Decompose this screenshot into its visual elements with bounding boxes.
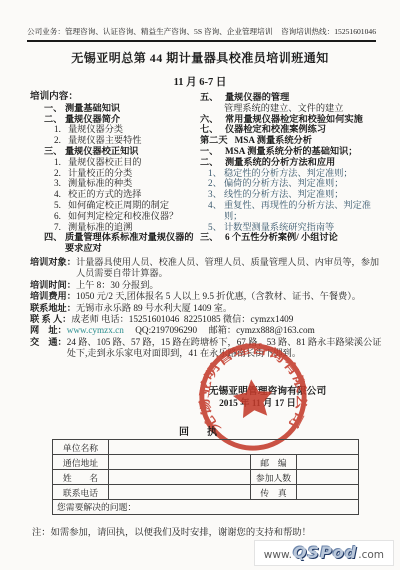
item-number: 2. [54, 168, 68, 179]
signature-date: 2015 年 11 月 17 日 [170, 398, 345, 411]
syllabus-item: 2.计量校正的分类 [54, 168, 200, 179]
reply-field-label: 联系电话 [53, 485, 109, 500]
info-row: 联系地址：无锡市永乐路 89 号水利大厦 1409 室。 [30, 303, 388, 314]
item-text: 线性的分析方法、判定准则； [224, 189, 343, 200]
watermark-suffix: .com [358, 549, 384, 561]
item-number: 二、 [44, 114, 65, 125]
info-row: 网 址：www.cymzx.cn QQ:2197096290 邮箱：cymzx8… [30, 325, 388, 336]
info-row: 交 通：24 路、105 路、57 路，15 路在跨塘桥下，67 路、53 路、… [30, 337, 388, 360]
info-label: 联 系 人： [30, 314, 71, 325]
item-text: 计量校正的分类 [68, 168, 132, 179]
info-row: 培训费用：1050 元/2 天,团体报名 5 人以上 9.5 折优惠,（含教材、… [30, 291, 388, 302]
info-row: 培训对象：计量器具使用人员、校准人员、管理人员、质量管理人员、内审员等，参加人员… [30, 257, 388, 280]
item-text: MSA 测量系统分析 [235, 135, 312, 146]
info-value: 无锡市永乐路 89 号水利大厦 1409 室。 [76, 303, 232, 314]
info-value: 上午 8：30 分报到。 [76, 280, 159, 291]
syllabus-item: 7.测量标准的追溯 [54, 222, 200, 233]
syllabus-item: 一、测量基础知识 [44, 103, 200, 114]
item-text: 稳定性的分析方法、判定准则； [224, 168, 353, 179]
table-row: 联系电话传 真 [53, 485, 359, 500]
watermark-brand: QSPod [293, 543, 357, 562]
reply-field-blank [109, 485, 251, 500]
item-text: 量规仪器主要特性 [68, 135, 142, 146]
info-value: 1050 元/2 天,团体报名 5 人以上 9.5 折优惠,（含教材、证书、午餐… [76, 291, 361, 302]
item-text: 量规仪器校正目的 [68, 157, 142, 168]
item-text: 仪器检定和校准案例练习 [225, 124, 326, 135]
item-number: 七、 [200, 124, 225, 135]
item-text: 重复性、再现性的分析方法、判定准则； [224, 200, 386, 222]
item-number: 1、 [208, 168, 224, 179]
reply-field-blank [109, 470, 251, 485]
reply-field-label: 单位名称 [53, 440, 109, 455]
item-number: 第二天 [200, 135, 228, 146]
info-row: 培训时间：上午 8：30 分报到。 [30, 280, 388, 291]
syllabus-item: 3.测量标准的种类 [54, 178, 200, 189]
item-number: 一、 [44, 103, 65, 114]
info-label: 培训费用： [30, 291, 76, 302]
item-number: 二、 [200, 157, 225, 168]
reply-field-blank [297, 455, 359, 470]
info-value: 24 路、105 路、57 路，15 路在跨塘桥下，67 路、53 路、81 路… [67, 337, 388, 360]
item-number: 3、 [208, 189, 224, 200]
item-text: 测量标准的追溯 [68, 222, 132, 233]
item-text: 测量标准的种类 [68, 178, 132, 189]
item-text: 计数型测量系统研究指南等 [224, 222, 334, 233]
syllabus-item: 2.量规仪器主要特性 [54, 135, 200, 146]
info-section: 培训对象：计量器具使用人员、校准人员、管理人员、质量管理人员、内审员等，参加人员… [30, 257, 388, 360]
syllabus: 培训内容： 一、测量基础知识二、量规仪器简介1.量规仪器分类2.量规仪器主要特性… [30, 92, 388, 254]
item-text: 管理系统的建立、文件的建立 [224, 103, 343, 114]
info-value: 成老师 电话：15251601046 82251085 微信：cymzx1409 [71, 314, 293, 325]
reply-field-blank [297, 470, 359, 485]
item-number: 一、 [200, 146, 225, 157]
item-text: 量规仪器的管理 [225, 92, 289, 103]
reply-field-blank [297, 485, 359, 500]
item-number: 三、 [200, 232, 225, 243]
reply-field-blank [109, 440, 359, 455]
table-row: 单位名称 [53, 440, 359, 455]
item-text: 常用量规仪器检定和校验如何实施 [225, 114, 363, 125]
watermark-logo: www. QSPod .com [254, 540, 394, 566]
syllabus-item: 1.量规仪器校正目的 [54, 157, 200, 168]
syllabus-item: 二、测量系统的分析方法和应用 [200, 157, 386, 168]
item-number: 6. [54, 211, 68, 222]
watermark-prefix: www. [264, 549, 292, 561]
signature-block: 无锡亚明管理咨询有限公司 2015 年 11 月 17 日 [180, 385, 355, 411]
reply-field-label: 传 真 [251, 485, 297, 500]
syllabus-item: 4、重复性、再现性的分析方法、判定准则； [208, 200, 386, 222]
reply-field-label: 邮 编 [251, 455, 297, 470]
info-label: 培训时间： [30, 280, 76, 291]
syllabus-item: 2、偏倚的分析方法、判定准则； [208, 178, 386, 189]
website-url: www.cymzx.cn [67, 325, 124, 335]
item-text: 6 个五性分析案例/ 小组讨论 [225, 232, 338, 243]
item-number: 5. [54, 200, 68, 211]
item-number: 三、 [44, 146, 65, 157]
syllabus-left-column: 培训内容： 一、测量基础知识二、量规仪器简介1.量规仪器分类2.量规仪器主要特性… [30, 92, 200, 254]
reply-slip-title: 回 执 [0, 423, 400, 438]
reply-note: 注：如需参加，请回执，以便我们及时安排，谢谢您的支持和帮助！ [32, 524, 311, 538]
item-number: 四、 [44, 232, 65, 254]
training-date: 11 月 6-7 日 [0, 74, 400, 89]
info-value: www.cymzx.cn QQ:2197096290 邮箱：cymzx888@1… [67, 325, 315, 336]
syllabus-item: 6.如何判定检定和校准仪器？ [54, 211, 200, 222]
syllabus-item: 三、量规仪器校正知识 [44, 146, 200, 157]
item-number: 六、 [200, 114, 225, 125]
scanned-training-notice: 公司业务：管理咨询、认证咨询、精益生产咨询、5S 咨询、企业管理培训 咨询培训热… [0, 0, 400, 570]
item-number: 4、 [208, 200, 224, 222]
info-label: 培训对象： [30, 257, 76, 280]
item-number [208, 103, 224, 114]
reply-field-label: 参加人数 [251, 470, 297, 485]
item-number: 4. [54, 189, 68, 200]
syllabus-item: 六、常用量规仪器检定和校验如何实施 [200, 114, 386, 125]
document-header: 公司业务：管理咨询、认证咨询、精益生产咨询、5S 咨询、企业管理培训 咨询培训热… [27, 26, 376, 42]
info-label: 交 通： [30, 337, 67, 360]
info-value: 计量器具使用人员、校准人员、管理人员、质量管理人员、内审员等，参加人员需要自带计… [76, 257, 388, 280]
syllabus-right-column: 五、量规仪器的管理管理系统的建立、文件的建立六、常用量规仪器检定和校验如何实施七… [200, 92, 386, 254]
item-number: 1. [54, 124, 68, 135]
reply-field-label: 姓 名 [53, 470, 109, 485]
item-number: 2. [54, 135, 68, 146]
item-text: MSA 测量系统分析的基础知识； [225, 146, 357, 157]
item-number: 7. [54, 222, 68, 233]
syllabus-item: 4.校正的方式的选择 [54, 189, 200, 200]
reply-field-label: 您需要解决的问题： [53, 500, 359, 515]
item-number: 5、 [208, 222, 224, 233]
item-text: 质量管理体系标准对量规仪器的要求应对 [65, 232, 200, 254]
table-row: 您需要解决的问题： [53, 500, 359, 515]
company-business-line: 公司业务：管理咨询、认证咨询、精益生产咨询、5S 咨询、企业管理培训 [27, 26, 272, 37]
item-text: 测量基础知识 [65, 103, 120, 114]
page-title: 无锡亚明总第 44 期计量器具校准员培训班通知 [0, 49, 400, 66]
syllabus-item: 一、MSA 测量系统分析的基础知识； [200, 146, 386, 157]
item-text: 测量系统的分析方法和应用 [225, 157, 335, 168]
info-label: 网 址： [30, 325, 67, 336]
item-text: 校正的方式的选择 [68, 189, 142, 200]
table-row: 通信地址邮 编 [53, 455, 359, 470]
item-text: 量规仪器分类 [68, 124, 123, 135]
syllabus-item: 1.量规仪器分类 [54, 124, 200, 135]
syllabus-item: 七、仪器检定和校准案例练习 [200, 124, 386, 135]
item-number: 3. [54, 178, 68, 189]
syllabus-item: 5、计数型测量系统研究指南等 [208, 222, 386, 233]
item-number: 1. [54, 157, 68, 168]
item-number: 2、 [208, 178, 224, 189]
reply-field-label: 通信地址 [53, 455, 109, 470]
item-text: 如何判定检定和校准仪器？ [68, 211, 178, 222]
syllabus-item: 三、6 个五性分析案例/ 小组讨论 [200, 232, 386, 243]
item-text: 偏倚的分析方法、判定准则； [224, 178, 343, 189]
syllabus-item: 二、量规仪器简介 [44, 114, 200, 125]
item-text: 量规仪器简介 [65, 114, 120, 125]
reply-slip-table: 单位名称通信地址邮 编姓 名参加人数联系电话传 真您需要解决的问题： [52, 439, 359, 515]
syllabus-item: 四、质量管理体系标准对量规仪器的要求应对 [44, 232, 200, 254]
signature-company: 无锡亚明管理咨询有限公司 [180, 385, 355, 398]
syllabus-item: 第二天MSA 测量系统分析 [200, 135, 386, 146]
syllabus-item: 1、稳定性的分析方法、判定准则； [208, 168, 386, 179]
item-text: 量规仪器校正知识 [65, 146, 139, 157]
hotline: 咨询培训热线：15251601046 [281, 26, 376, 37]
syllabus-item: 管理系统的建立、文件的建立 [208, 103, 386, 114]
content-label: 培训内容： [30, 92, 200, 103]
syllabus-left-list: 一、测量基础知识二、量规仪器简介1.量规仪器分类2.量规仪器主要特性三、量规仪器… [30, 103, 200, 254]
info-label: 联系地址： [30, 303, 76, 314]
info-row: 联 系 人：成老师 电话：15251601046 82251085 微信：cym… [30, 314, 388, 325]
syllabus-item: 五、量规仪器的管理 [200, 92, 386, 103]
syllabus-item: 5.如何确定校正周期的制定 [54, 200, 200, 211]
item-text: 如何确定校正周期的制定 [68, 200, 169, 211]
item-number: 五、 [200, 92, 225, 103]
syllabus-item: 3、线性的分析方法、判定准则； [208, 189, 386, 200]
reply-field-blank [109, 455, 251, 470]
table-row: 姓 名参加人数 [53, 470, 359, 485]
